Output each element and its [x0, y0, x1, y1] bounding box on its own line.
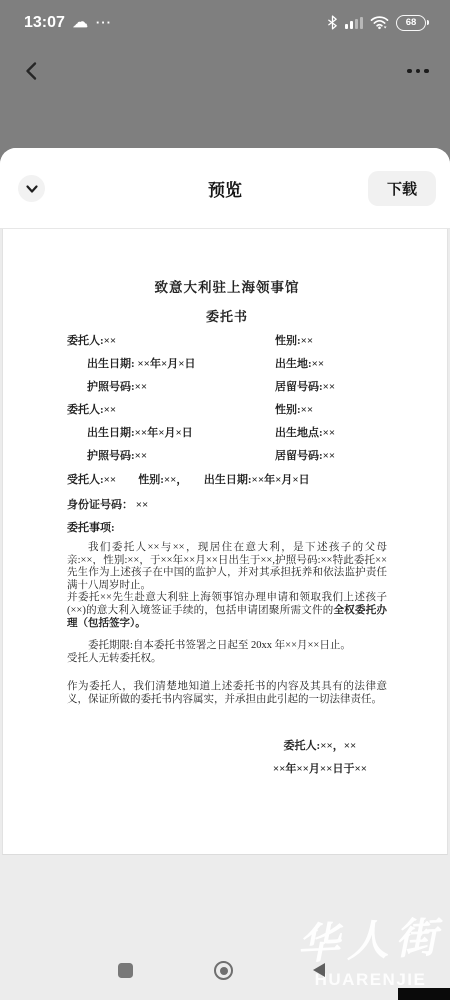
trustee-line: 受托人:×× 性别:××， 出生日期:××年×月×日 — [67, 466, 387, 492]
more-icon — [407, 69, 412, 74]
field-row: 委托人:×× 性别:×× — [67, 328, 387, 351]
clock: 13:07 — [24, 14, 65, 32]
watermark-cn: 华人街 — [296, 904, 446, 972]
field-right: 性别:×× — [275, 401, 387, 417]
signature-line-1: 委托人:××，×× — [273, 735, 367, 758]
document-subtitle: 委托书 — [67, 306, 387, 325]
field-left: 委托人:×× — [67, 401, 275, 417]
field-right: 居留号码:×× — [275, 378, 387, 394]
field-right: 出生地:×× — [275, 355, 387, 371]
weather-cloud-icon: ☁ — [73, 15, 88, 30]
field-row: 出生日期: ××年×月×日 出生地:×× — [67, 351, 387, 374]
app-bar — [0, 45, 450, 148]
signature-line-2: ××年××月××日于×× — [273, 758, 367, 781]
phone-screen: 13:07 ☁ ··· 68 — [0, 0, 450, 1000]
field-row: 出生日期:××年×月×日 出生地点:×× — [67, 420, 387, 443]
watermark: 华人街 HUARENJIE — [297, 908, 444, 990]
corner-black-strip — [398, 988, 450, 1000]
paragraph-1: 我们委托人××与××，现居住在意大利，是下述孩子的父母亲:××，性别:××，于×… — [67, 542, 387, 592]
field-right: 性别:×× — [275, 332, 387, 348]
wifi-icon — [370, 15, 389, 30]
document-page: 致意大利驻上海领事馆 委托书 委托人:×× 性别:×× 出生日期: ××年×月×… — [2, 229, 448, 855]
signal-strength-icon — [345, 17, 363, 29]
field-right: 居留号码:×× — [275, 447, 387, 463]
field-row: 委托人:×× 性别:×× — [67, 397, 387, 420]
back-arrow-icon — [22, 61, 42, 81]
battery-percent: 68 — [406, 17, 417, 28]
download-button[interactable]: 下载 — [368, 171, 436, 206]
field-left: 护照号码:×× — [67, 378, 275, 394]
more-button[interactable] — [400, 53, 436, 89]
nav-back-button[interactable] — [313, 963, 325, 977]
document-content: 致意大利驻上海领事馆 委托书 委托人:×× 性别:×× 出生日期: ××年×月×… — [3, 229, 447, 781]
notification-overflow-icon: ··· — [96, 15, 112, 30]
bluetooth-icon — [327, 15, 338, 30]
preview-sheet: 预览 下载 致意大利驻上海领事馆 委托书 委托人:×× 性别:×× 出生日期: … — [0, 148, 450, 1000]
field-left: 出生日期:××年×月×日 — [67, 424, 275, 440]
field-right: 出生地点:×× — [275, 424, 387, 440]
id-number-line: 身份证号码： ×× — [67, 492, 387, 515]
field-row: 护照号码:×× 居留号码:×× — [67, 443, 387, 466]
document-title: 致意大利驻上海领事馆 — [67, 229, 387, 296]
nav-home-button[interactable] — [214, 961, 233, 980]
paragraph-3: 委托期限:自本委托书签署之日起至 20xx 年××月××日止。 — [67, 640, 387, 653]
field-left: 出生日期: ××年×月×日 — [67, 355, 275, 371]
battery-icon: 68 — [396, 15, 426, 31]
back-button[interactable] — [14, 53, 50, 89]
sheet-header: 预览 下载 — [0, 148, 450, 229]
field-grid: 委托人:×× 性别:×× 出生日期: ××年×月×日 出生地:×× 护照号码:×… — [67, 328, 387, 466]
status-bar: 13:07 ☁ ··· 68 — [0, 0, 450, 45]
paragraph-5: 作为委托人，我们清楚地知道上述委托书的内容及其具有的法律意义，保证所做的委托书内… — [67, 681, 387, 706]
entrust-matters-label: 委托事项: — [67, 515, 387, 538]
home-dot-icon — [220, 967, 228, 975]
paragraph-4: 受托人无转委托权。 — [67, 653, 387, 666]
document-preview-area: 致意大利驻上海领事馆 委托书 委托人:×× 性别:×× 出生日期: ××年×月×… — [0, 229, 450, 1000]
field-left: 护照号码:×× — [67, 447, 275, 463]
field-left: 委托人:×× — [67, 332, 275, 348]
field-row: 护照号码:×× 居留号码:×× — [67, 374, 387, 397]
signature-block: 委托人:××，×× ××年××月××日于×× — [273, 735, 367, 781]
paragraph-2: 并委托××先生赴意大利驻上海领事馆办理申请和领取我们上述孩子(××)的意大利入境… — [67, 592, 387, 630]
nav-recents-button[interactable] — [118, 963, 133, 978]
